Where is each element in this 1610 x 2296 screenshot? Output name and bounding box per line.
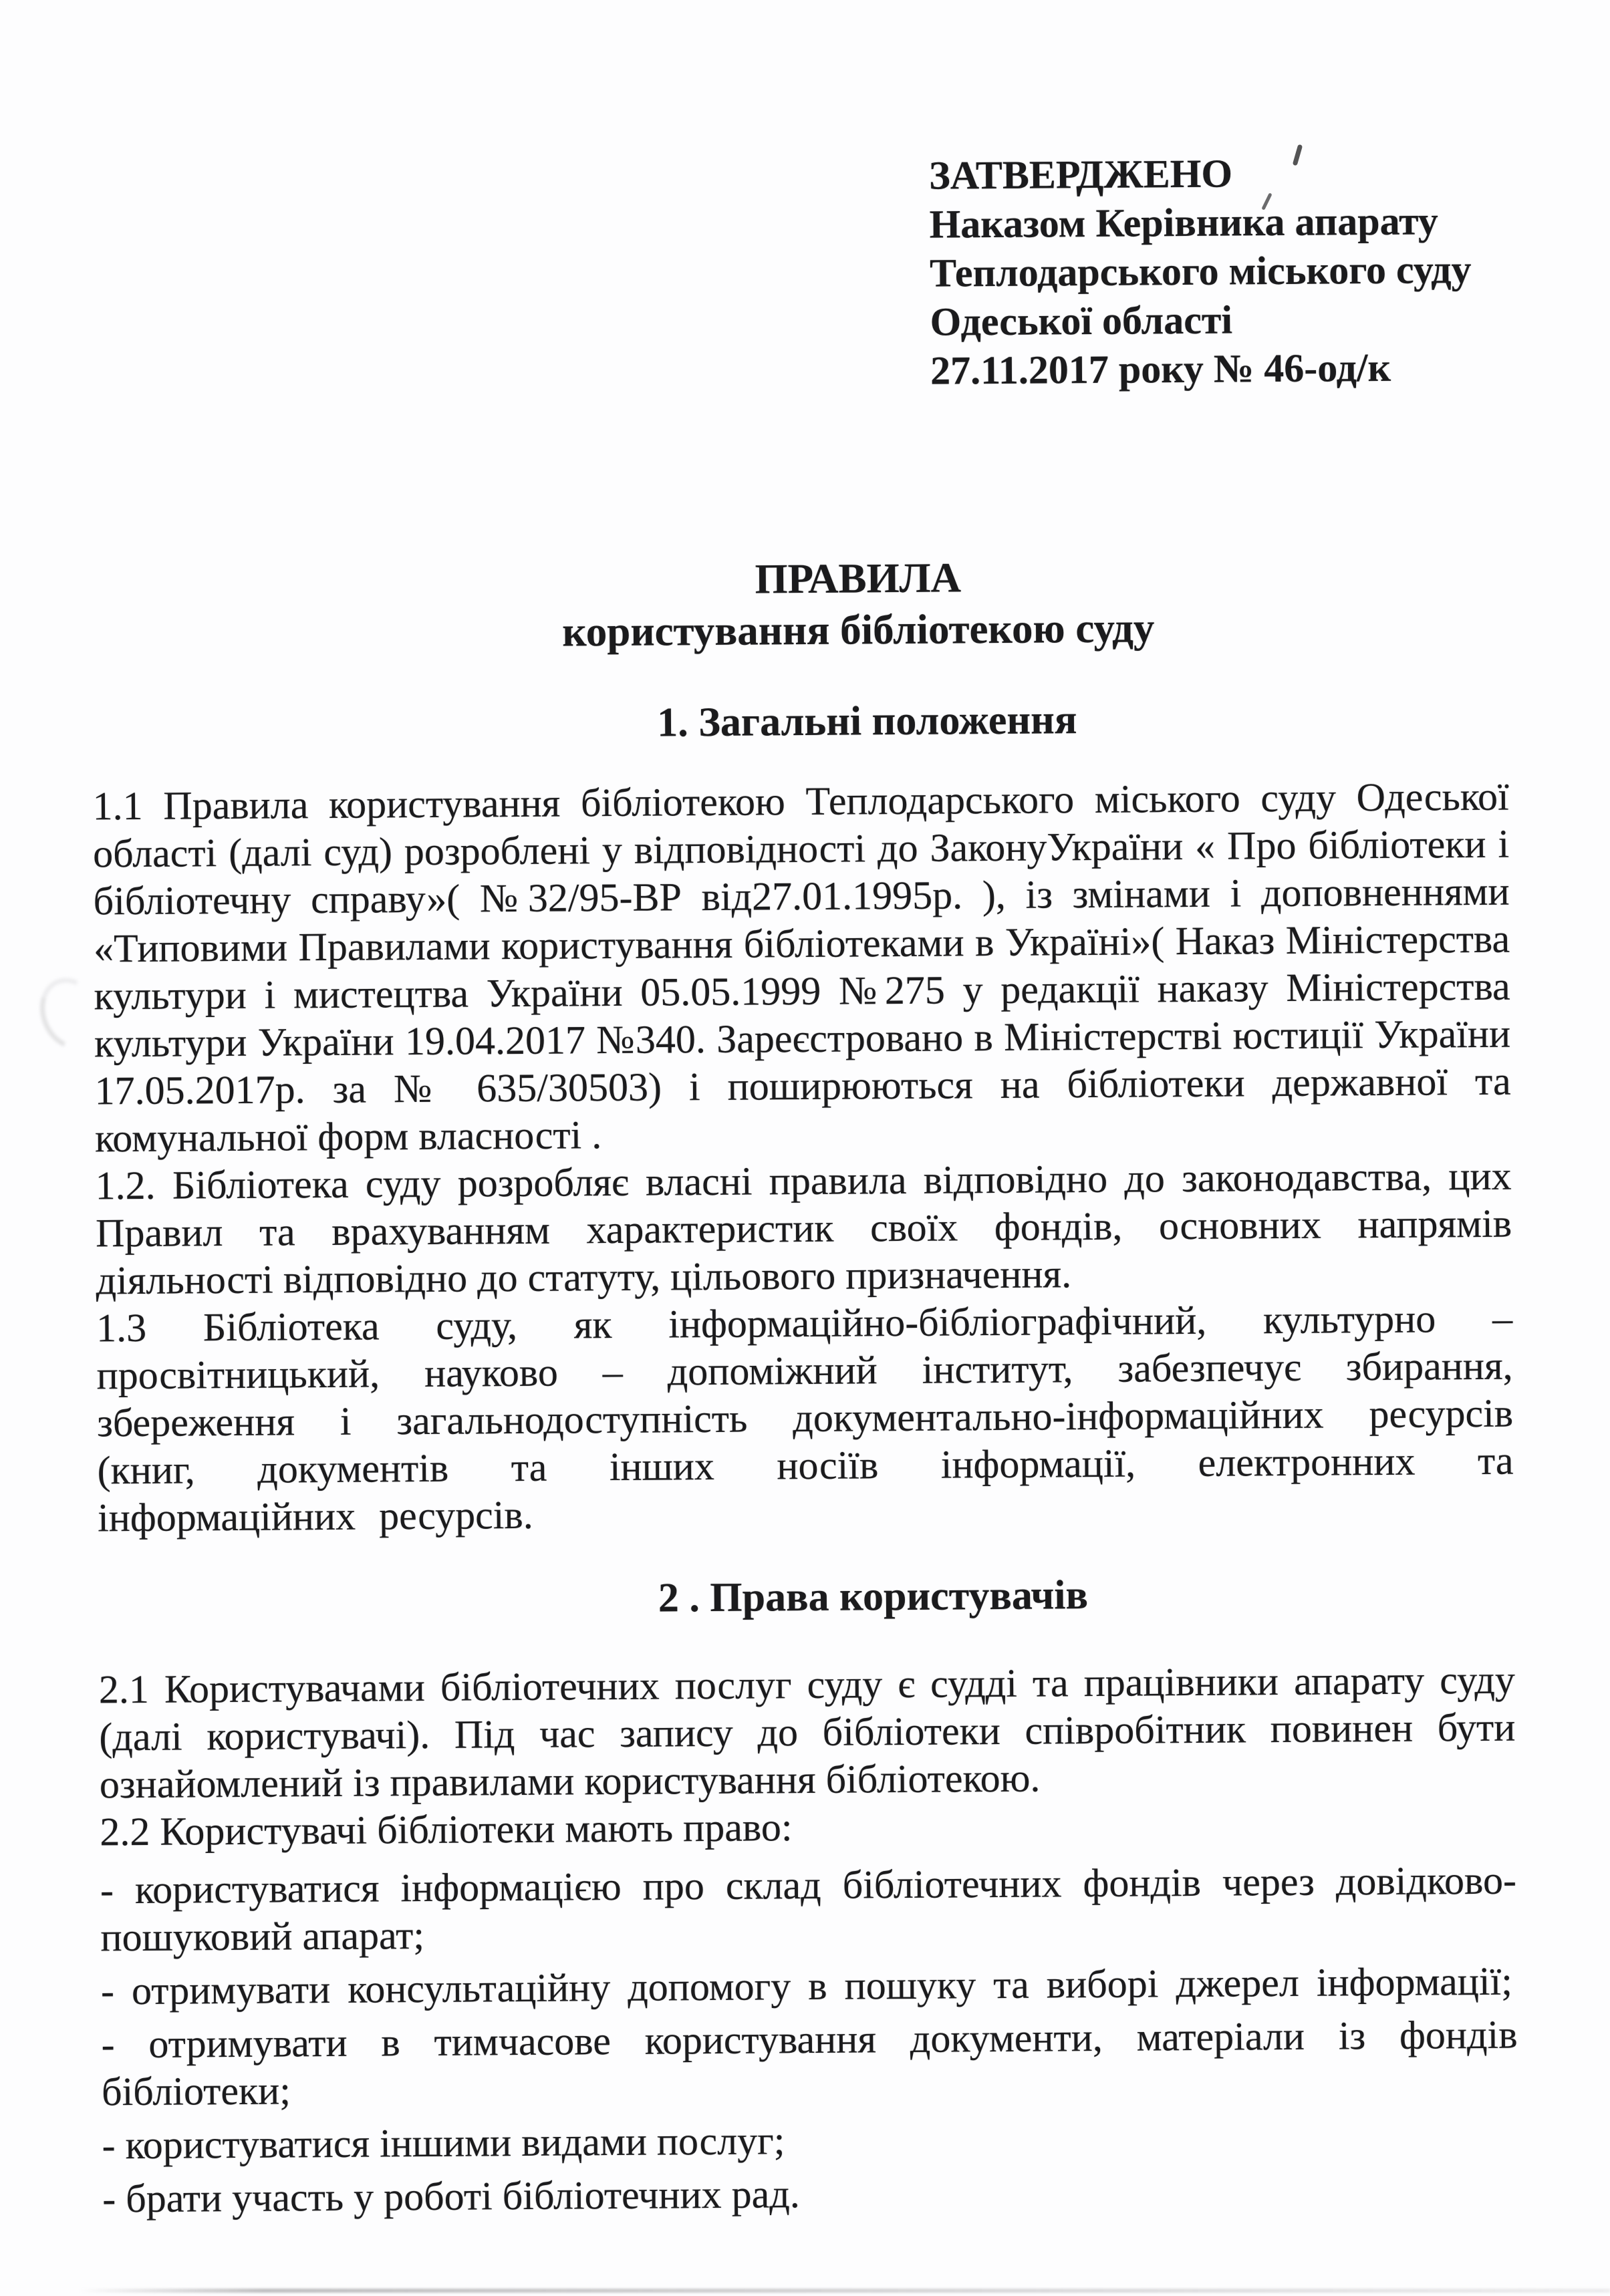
rights-bullet-1: - користуватися інформацією про склад бі… [100, 1857, 1517, 1962]
section-2-body: 2.1 Користувачами бібліотечних послуг су… [99, 1657, 1519, 2223]
paragraph-2-1: 2.1 Користувачами бібліотечних послуг су… [99, 1657, 1516, 1809]
paragraph-1-2: 1.2. Бібліотека суду розробляє власні пр… [95, 1153, 1512, 1305]
paragraph-2-2: 2.2 Користувачі бібліотеки мають право: [100, 1799, 1516, 1856]
approval-block: ЗАТВЕРДЖЕНО Наказом Керівника апарату Те… [929, 148, 1506, 396]
section-1-body: 1.1 Правила користування бібліотекою Теп… [92, 773, 1514, 1542]
document-sheet: ЗАТВЕРДЖЕНО Наказом Керівника апарату Те… [0, 0, 1610, 2223]
section-1-heading: 1. Загальні положення [159, 691, 1575, 752]
rights-bullet-4: - користуватися іншими видами послуг; [102, 2112, 1518, 2170]
document-title-block: ПРАВИЛА користування бібліотекою суду [150, 548, 1567, 661]
scanner-edge-line [79, 2289, 1610, 2293]
rights-bullet-3: - отримувати в тимчасове користування до… [101, 2011, 1518, 2116]
approval-court-line: Теплодарського міського суду [930, 245, 1505, 298]
paragraph-1-3: 1.3 Бібліотека суду, як інформаційно-біб… [96, 1295, 1514, 1542]
section-2-heading: 2 . Права користувачів [165, 1566, 1581, 1627]
approval-order-line: Наказом Керівника апарату [929, 196, 1504, 249]
approval-region-line: Одеської області [930, 294, 1505, 347]
approval-date-number-line: 27.11.2017 року № 46-од/к [930, 343, 1506, 396]
paragraph-1-1: 1.1 Правила користування бібліотекою Теп… [92, 773, 1511, 1163]
rights-bullet-5: - брати участь у роботі бібліотечних рад… [102, 2166, 1518, 2223]
approval-stamp-word: ЗАТВЕРДЖЕНО [929, 148, 1504, 200]
rights-bullet-2: - отримувати консультаційну допомогу в п… [101, 1958, 1517, 2015]
document-subtitle: користування бібліотекою суду [150, 599, 1567, 661]
document-title: ПРАВИЛА [150, 548, 1566, 609]
scanned-document-page: ЗАТВЕРДЖЕНО Наказом Керівника апарату Те… [0, 0, 1610, 2296]
